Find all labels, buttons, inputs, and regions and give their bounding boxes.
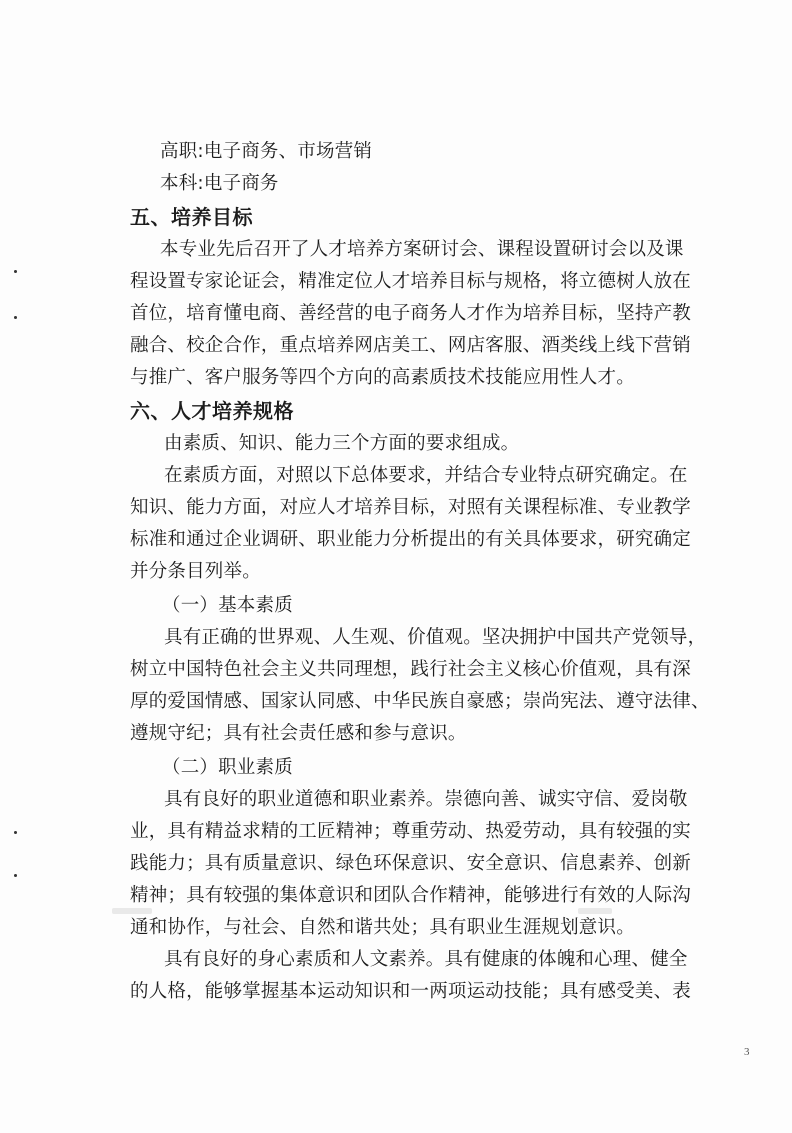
paragraph-line: 具有良好的身心素质和人文素养。具有健康的体魄和心理、健全 bbox=[164, 948, 688, 972]
paragraph-line: 与推广、客户服务等四个方向的高素质技术技能应用性人才。 bbox=[130, 366, 635, 390]
paragraph-line: 的人格，能够掌握基本运动知识和一两项运动技能；具有感受美、表 bbox=[130, 980, 691, 1004]
paragraph-line: 程设置专家论证会，精准定位人才培养目标与规格，将立德树人放在 bbox=[130, 270, 691, 294]
paragraph-line: 本专业先后召开了人才培养方案研讨会、课程设置研讨会以及课 bbox=[160, 238, 684, 262]
paragraph-line: 具有正确的世界观、人生观、价值观。坚决拥护中国共产党领导， bbox=[164, 626, 706, 650]
section-heading-talent-specification: 六、人才培养规格 bbox=[130, 398, 294, 424]
paragraph-line: 具有良好的职业道德和职业素养。崇德向善、诚实守信、爱岗敬 bbox=[164, 788, 688, 812]
document-page: 高职:电子商务、市场营销 本科:电子商务 五、培养目标 本专业先后召开了人才培养… bbox=[0, 0, 792, 1133]
subsection-title-basic-quality: （一）基本素质 bbox=[162, 594, 293, 618]
paragraph-line: 在素质方面，对照以下总体要求，并结合专业特点研究确定。在 bbox=[164, 464, 688, 488]
paragraph-line: 由素质、知识、能力三个方面的要求组成。 bbox=[164, 432, 519, 456]
subsection-title-professional-quality: （二）职业素质 bbox=[162, 756, 293, 780]
paragraph-line: 融合、校企合作，重点培养网店美工、网店客服、酒类线上线下营销 bbox=[130, 334, 691, 358]
scan-speck bbox=[14, 874, 17, 877]
paragraph-line: 标准和通过企业调研、职业能力分析提出的有关具体要求，研究确定 bbox=[130, 528, 691, 552]
paragraph-line: 践能力；具有质量意识、绿色环保意识、安全意识、信息素养、创新 bbox=[130, 852, 691, 876]
degree-line-higher-vocational: 高职:电子商务、市场营销 bbox=[160, 140, 372, 164]
paragraph-line: 遵规守纪；具有社会责任感和参与意识。 bbox=[130, 722, 467, 746]
paragraph-line: 通和协作，与社会、自然和谐共处；具有职业生涯规划意识。 bbox=[130, 916, 635, 940]
paragraph-line: 精神；具有较强的集体意识和团队合作精神，能够进行有效的人际沟 bbox=[130, 884, 691, 908]
scan-artifact bbox=[112, 908, 152, 914]
paragraph-line: 首位，培育懂电商、善经营的电子商务人才作为培养目标，坚持产教 bbox=[130, 302, 691, 326]
paragraph-line: 业，具有精益求精的工匠精神；尊重劳动、热爱劳动，具有较强的实 bbox=[130, 820, 691, 844]
page-number: 3 bbox=[744, 1046, 750, 1058]
degree-line-undergraduate: 本科:电子商务 bbox=[160, 172, 279, 196]
paragraph-line: 并分条目列举。 bbox=[130, 560, 261, 584]
scan-artifact bbox=[578, 908, 612, 914]
paragraph-line: 树立中国特色社会主义共同理想，践行社会主义核心价值观，具有深 bbox=[130, 658, 691, 682]
scan-speck bbox=[14, 831, 17, 834]
paragraph-line: 厚的爱国情感、国家认同感、中华民族自豪感；崇尚宪法、遵守法律、 bbox=[130, 690, 710, 714]
scan-speck bbox=[14, 270, 17, 273]
paragraph-line: 知识、能力方面，对应人才培养目标，对照有关课程标准、专业教学 bbox=[130, 496, 691, 520]
section-heading-training-goals: 五、培养目标 bbox=[130, 204, 253, 230]
scan-speck bbox=[14, 316, 17, 319]
